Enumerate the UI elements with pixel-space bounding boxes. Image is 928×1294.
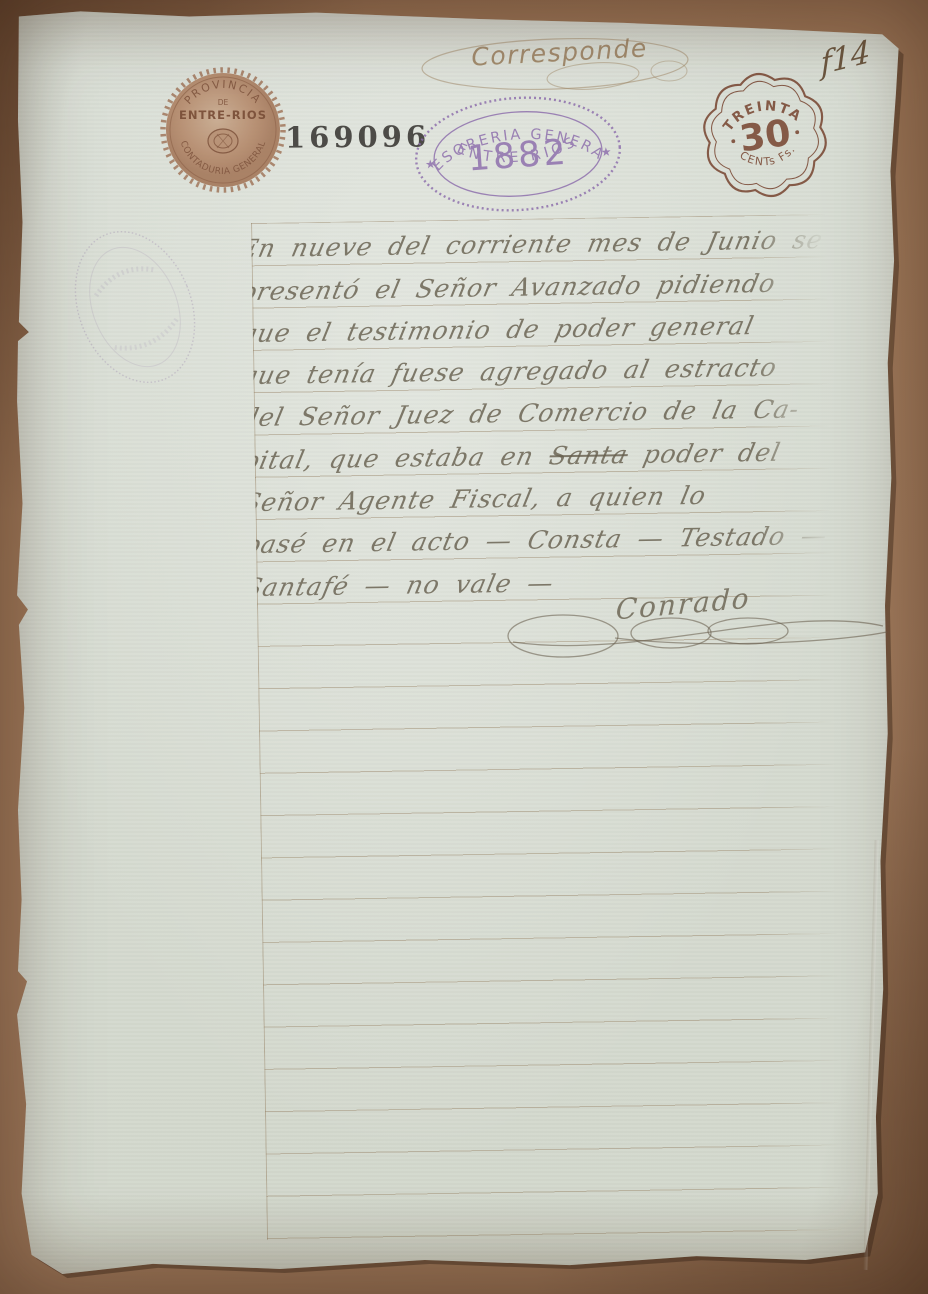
star-left-icon: ★ <box>425 157 437 172</box>
value-stamp-30-cents: TREINTA 30 CENTs Fs. <box>688 58 842 212</box>
manuscript-line: que tenía fuese agregado al estracto <box>238 351 855 393</box>
embossed-provincial-seal: PROVINCIA DE ENTRE-RIOS CONTADURIA GENER… <box>157 64 289 196</box>
manuscript-line: presentó el Señor Avanzado pidiendo <box>237 267 854 309</box>
treasury-stamp: TESORERIA GENERAL 1882 ENTRE RIOS ★ ★ <box>405 83 631 226</box>
manuscript-line: pital, que estaba en Santa poder del <box>239 436 856 478</box>
manuscript-line: Señor Agente Fiscal, a quien lo <box>240 478 857 520</box>
manuscript-line: del Señor Juez de Comercio de la Ca- <box>239 393 856 435</box>
signature-block: Conrado <box>495 586 895 671</box>
corresponde-text: Corresponde <box>471 33 649 71</box>
star-right-icon: ★ <box>600 144 612 159</box>
signature-name: Conrado <box>615 586 751 626</box>
dot-left <box>731 139 735 143</box>
manuscript-line: que el testimonio de poder general <box>237 309 854 351</box>
seal-de-text: DE <box>218 98 229 107</box>
ruled-writing-area: En nueve del corriente mes de Junio se p… <box>251 214 848 1240</box>
photographed-document: PROVINCIA DE ENTRE-RIOS CONTADURIA GENER… <box>0 0 928 1294</box>
struck-word: Santa <box>547 440 631 470</box>
manuscript-line: pasé en el acto — Consta — Testado — <box>241 520 858 562</box>
manuscript-line: En nueve del corriente mes de Junio se <box>236 224 853 266</box>
dot-right <box>795 130 799 134</box>
seal-province-text: ENTRE-RIOS <box>179 108 267 122</box>
signature-flourish <box>508 615 618 657</box>
